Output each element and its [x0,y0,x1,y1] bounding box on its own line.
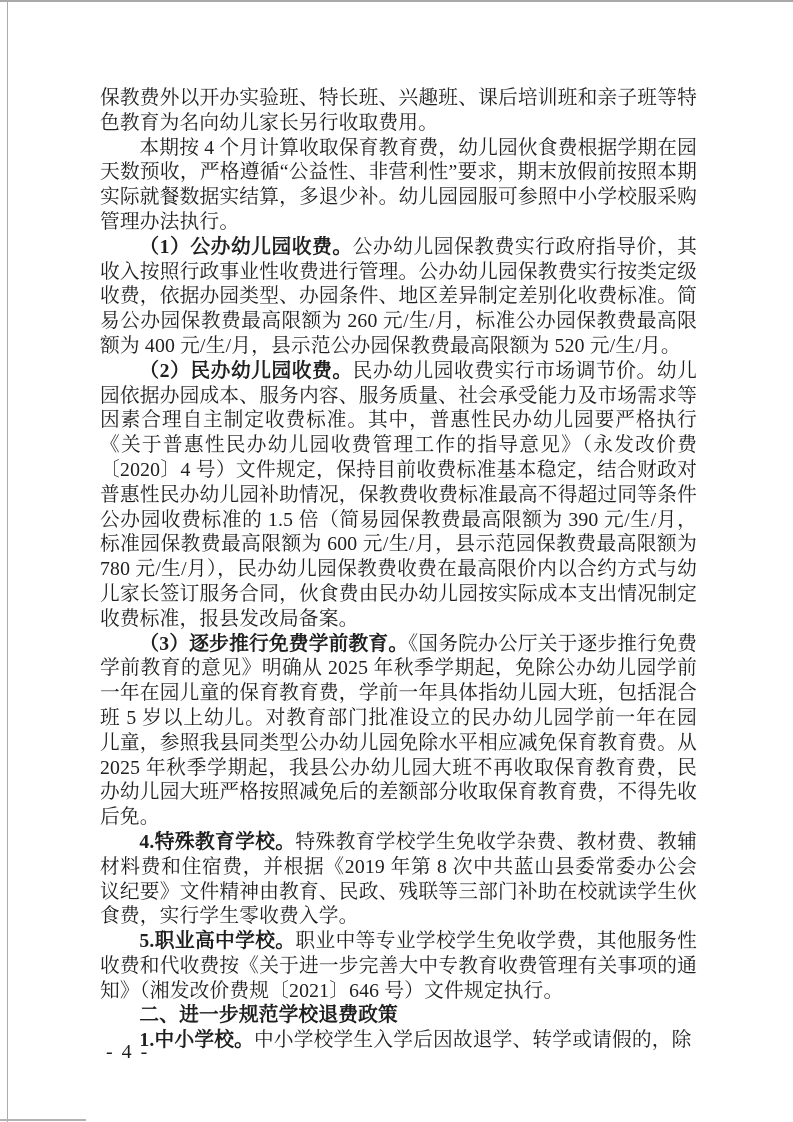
paragraph: 本期按 4 个月计算收取保育教育费，幼儿园伙食费根据学期在园天数预收，严格遵循“… [100,136,697,235]
paragraph-text-run: 民办幼儿园收费实行市场调节价。幼儿园依据办园成本、服务内容、服务质量、社会承受能… [100,360,697,630]
document-page: 保教费外以开办实验班、特长班、兴趣班、课后培训班和亲子班等特色教育为名向幼儿家长… [0,0,793,1122]
page-number: - 4 - [106,1041,149,1063]
paragraph-heading-run: （2）民办幼儿园收费。 [139,360,352,382]
paragraph-heading-run: 4.特殊教育学校。 [139,831,295,853]
paragraph-heading-run: 二、进一步规范学校退费政策 [139,1004,398,1026]
paragraph-text-run: 中小学校学生入学后因故退学、转学或请假的，除 [254,1029,692,1051]
paragraph: （2）民办幼儿园收费。民办幼儿园收费实行市场调节价。幼儿园依据办园成本、服务内容… [100,359,697,632]
paragraph: （3）逐步推行免费学前教育。《国务院办公厅关于逐步推行免费学前教育的意见》明确从… [100,632,697,830]
paragraph: 5.职业高中学校。职业中等专业学校学生免收学费，其他服务性收费和代收费按《关于进… [100,929,697,1003]
scan-edge-left [7,0,8,1122]
document-body: 保教费外以开办实验班、特长班、兴趣班、课后培训班和亲子班等特色教育为名向幼儿家长… [100,86,697,1053]
paragraph-heading-run: （3）逐步推行免费学前教育。 [139,633,408,655]
paragraph-heading-run: 1.中小学校。 [139,1029,254,1051]
paragraph-heading-run: （1）公办幼儿园收费。 [139,236,352,258]
paragraph: 4.特殊教育学校。特殊教育学校学生免收学杂费、教材费、教辅材料费和住宿费，并根据… [100,830,697,929]
paragraph: （1）公办幼儿园收费。公办幼儿园保教费实行政府指导价，其收入按照行政事业性收费进… [100,235,697,359]
paragraph: 1.中小学校。中小学校学生入学后因故退学、转学或请假的，除 [100,1028,697,1053]
paragraph-text-run: 《国务院办公厅关于逐步推行免费学前教育的意见》明确从 2025 年秋季学期起，免… [100,633,697,829]
paragraph: 二、进一步规范学校退费政策 [100,1003,697,1028]
paragraph: 保教费外以开办实验班、特长班、兴趣班、课后培训班和亲子班等特色教育为名向幼儿家长… [100,86,697,136]
paragraph-heading-run: 5.职业高中学校。 [139,930,295,952]
paragraph-text-run: 保教费外以开办实验班、特长班、兴趣班、课后培训班和亲子班等特色教育为名向幼儿家长… [100,87,697,134]
scan-edge-top [0,0,793,2]
scan-edge-bottom-left [0,1119,86,1121]
paragraph-text-run: 本期按 4 个月计算收取保育教育费，幼儿园伙食费根据学期在园天数预收，严格遵循“… [100,137,697,233]
